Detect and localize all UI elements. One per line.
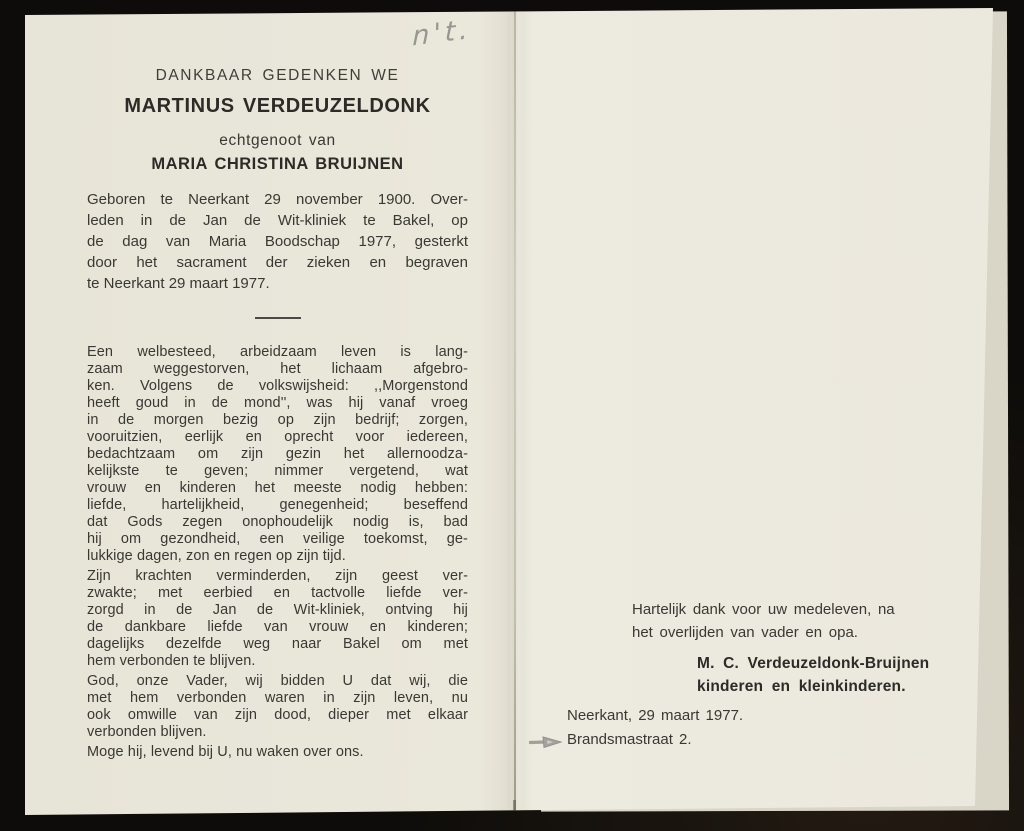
fold-crease (514, 8, 516, 816)
address-line: Brandsmastraat 2. (567, 731, 692, 748)
deceased-name: MARTINUS VERDEUZELDONK (87, 95, 468, 118)
signature-subtitle: kinderen en kleinkinderen. (697, 675, 987, 698)
scanned-memorial-card-photo: n't. DANKBAAR GEDENKEN WE MARTINUS VERDE… (0, 0, 1024, 831)
heading-intro: DANKBAAR GEDENKEN WE (87, 67, 468, 85)
memorial-card: n't. DANKBAAR GEDENKEN WE MARTINUS VERDE… (24, 8, 994, 816)
memorial-paragraph-2: Zijn krachten verminderden, zijn geest v… (87, 568, 468, 670)
birth-death-paragraph: Geboren te Neerkant 29 november 1900. Ov… (87, 189, 468, 294)
divider-rule (255, 317, 301, 319)
memorial-text: Een welbesteed, arbeidzaam leven is lang… (87, 344, 468, 764)
place-date-line: Neerkant, 29 maart 1977. (567, 707, 743, 724)
card-left-page: DANKBAAR GEDENKEN WE MARTINUS VERDEUZELD… (87, 8, 468, 816)
card-right-page: Hartelijk dank voor uw medeleven, nahet … (529, 8, 994, 816)
memorial-paragraph-1: Een welbesteed, arbeidzaam leven is lang… (87, 344, 468, 565)
memorial-paragraph-4: Moge hij, levend bij U, nu waken over on… (87, 744, 468, 761)
signature-block: M. C. Verdeuzeldonk-Bruijnen kinderen en… (697, 652, 987, 698)
memorial-paragraph-3: God, onze Vader, wij bidden U dat wij, d… (87, 673, 468, 741)
spouse-name: MARIA CHRISTINA BRUIJNEN (87, 155, 468, 174)
pen-arrow-icon (529, 734, 565, 750)
thanks-paragraph: Hartelijk dank voor uw medeleven, nahet … (632, 598, 972, 644)
signature-name: M. C. Verdeuzeldonk-Bruijnen (697, 652, 987, 675)
relation-line: echtgenoot van (87, 132, 468, 150)
